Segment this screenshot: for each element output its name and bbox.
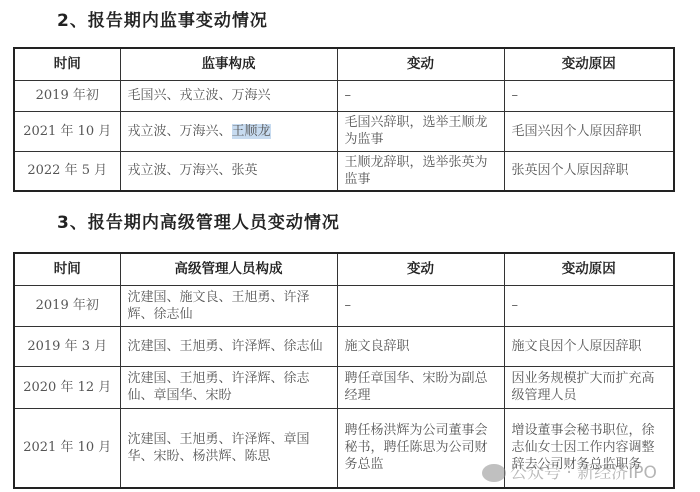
header-time: 时间	[14, 48, 120, 80]
watermark: 公众号 · 新经济IPO	[482, 458, 657, 483]
cell-composition: 戎立波、万海兴、张英	[120, 151, 337, 191]
cell-change: 聘任章国华、宋盼为副总经理	[337, 366, 504, 408]
cell-composition: 戎立波、万海兴、王顺龙	[120, 111, 337, 151]
cell-time: 2022 年 5 月	[14, 151, 120, 191]
cell-reason: 因业务规模扩大而扩充高级管理人员	[504, 366, 674, 408]
cell-composition: 沈建国、王旭勇、许泽辉、徐志仙	[120, 326, 337, 366]
header-change: 变动	[337, 48, 504, 80]
cell-composition: 沈建国、王旭勇、许泽辉、章国华、宋盼、杨洪辉、陈思	[120, 408, 337, 488]
cell-reason: 毛国兴因个人原因辞职	[504, 111, 674, 151]
table-row: 2020 年 12 月 沈建国、王旭勇、许泽辉、徐志仙、章国华、宋盼 聘任章国华…	[14, 366, 674, 408]
cell-composition: 毛国兴、戎立波、万海兴	[120, 80, 337, 111]
executive-changes-table: 时间 高级管理人员构成 变动 变动原因 2019 年初 沈建国、施文良、王旭勇、…	[13, 252, 675, 489]
cell-change: 王顺龙辞职，选举张英为监事	[337, 151, 504, 191]
table-header-row: 时间 监事构成 变动 变动原因	[14, 48, 674, 80]
header-change: 变动	[337, 253, 504, 285]
table-row: 2021 年 10 月 戎立波、万海兴、王顺龙 毛国兴辞职，选举王顺龙为监事 毛…	[14, 111, 674, 151]
table-row: 2019 年 3 月 沈建国、王旭勇、许泽辉、徐志仙 施文良辞职 施文良因个人原…	[14, 326, 674, 366]
header-reason: 变动原因	[504, 253, 674, 285]
cell-time: 2019 年初	[14, 285, 120, 326]
composition-text: 戎立波、万海兴、	[128, 124, 232, 139]
cell-change: 毛国兴辞职，选举王顺龙为监事	[337, 111, 504, 151]
watermark-text: 公众号 · 新经济IPO	[510, 463, 657, 483]
supervisor-changes-table: 时间 监事构成 变动 变动原因 2019 年初 毛国兴、戎立波、万海兴 – – …	[13, 47, 675, 192]
section-2-title: 2、报告期内监事变动情况	[57, 6, 268, 31]
cell-change: –	[337, 285, 504, 326]
selected-text-highlight[interactable]: 王顺龙	[232, 124, 271, 139]
header-composition: 高级管理人员构成	[120, 253, 337, 285]
table-row: 2019 年初 沈建国、施文良、王旭勇、许泽辉、徐志仙 – –	[14, 285, 674, 326]
cell-composition: 沈建国、施文良、王旭勇、许泽辉、徐志仙	[120, 285, 337, 326]
cell-reason: –	[504, 80, 674, 111]
cell-time: 2020 年 12 月	[14, 366, 120, 408]
header-reason: 变动原因	[504, 48, 674, 80]
cell-time: 2021 年 10 月	[14, 408, 120, 488]
header-composition: 监事构成	[120, 48, 337, 80]
table-row: 2019 年初 毛国兴、戎立波、万海兴 – –	[14, 80, 674, 111]
cell-reason: 施文良因个人原因辞职	[504, 326, 674, 366]
table-header-row: 时间 高级管理人员构成 变动 变动原因	[14, 253, 674, 285]
cell-change: –	[337, 80, 504, 111]
header-time: 时间	[14, 253, 120, 285]
cell-time: 2021 年 10 月	[14, 111, 120, 151]
wechat-icon	[482, 464, 506, 482]
cell-composition: 沈建国、王旭勇、许泽辉、徐志仙、章国华、宋盼	[120, 366, 337, 408]
table-row: 2022 年 5 月 戎立波、万海兴、张英 王顺龙辞职，选举张英为监事 张英因个…	[14, 151, 674, 191]
cell-time: 2019 年 3 月	[14, 326, 120, 366]
cell-change: 聘任杨洪辉为公司董事会秘书，聘任陈思为公司财务总监	[337, 408, 504, 488]
cell-time: 2019 年初	[14, 80, 120, 111]
cell-reason: –	[504, 285, 674, 326]
section-3-title: 3、报告期内高级管理人员变动情况	[57, 208, 340, 233]
cell-reason: 张英因个人原因辞职	[504, 151, 674, 191]
cell-change: 施文良辞职	[337, 326, 504, 366]
